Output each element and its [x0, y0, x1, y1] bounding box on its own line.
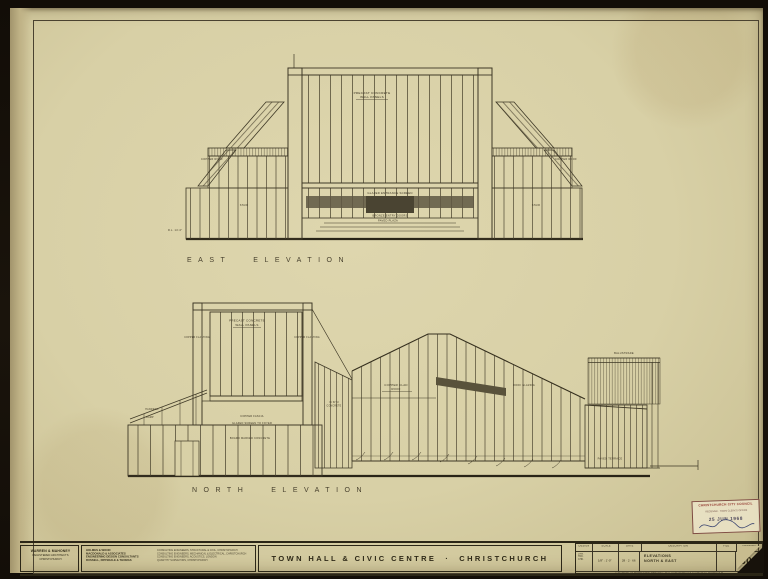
info-value-row: DRN. TRD. CHD. 1/8" : 1'-0" 28 · 2 · 66 …: [576, 552, 762, 571]
drawing-info-box: DESIGN SCALE DATE DESCRIPTION FILE DRAWI…: [575, 543, 763, 574]
header-file: FILE: [723, 545, 729, 547]
north-elevation-label: NORTHELEVATION: [192, 487, 368, 494]
architect-name: WARREN & MAHONEY: [21, 549, 79, 553]
copyright-row: COPYRIGHT OF WARREN AND MAHONEY · NOT TO…: [576, 571, 762, 574]
consultant-name: RUSSELL, DRYSDALE & THOMAS: [86, 559, 155, 562]
architect-role: REGISTERED ARCHITECTS: [21, 554, 79, 557]
east-elevation-label: EASTELEVATION: [187, 257, 350, 264]
title-block: WARREN & MAHONEY REGISTERED ARCHITECTS C…: [20, 541, 763, 576]
consultants-box: HOLMES & WOOD MACDONALD & ASSOCIATES ENG…: [81, 545, 256, 572]
scan-background: PRECAST CONCRETE WALL PANELS COPPER ROOF…: [0, 0, 768, 579]
council-received-stamp: CHRISTCHURCH CITY COUNCIL RECEIVED · TOW…: [691, 499, 760, 534]
project-title: TOWN HALL & CIVIC CENTRE: [272, 554, 437, 563]
sheet-border: [33, 20, 759, 574]
east-elevation-label-word2: ELEVATION: [253, 257, 350, 264]
consultant-role: QUANTITY SURVEYORS, CHRISTCHURCH: [157, 559, 254, 562]
info-header-row: DESIGN SCALE DATE DESCRIPTION FILE DRAWI…: [576, 544, 762, 552]
stamp-authority: CHRISTCHURCH CITY COUNCIL: [693, 502, 759, 508]
project-title-box: TOWN HALL & CIVIC CENTRE · CHRISTCHURCH: [258, 545, 562, 572]
file-cell: [717, 552, 737, 571]
date-value: 28 · 2 · 66: [622, 560, 636, 563]
description-line1: ELEVATIONS: [644, 554, 687, 559]
stamp-office: RECEIVED · TOWN CLERK'S OFFICE: [693, 509, 759, 514]
north-elevation-label-word2: ELEVATION: [271, 487, 368, 494]
header-scale: SCALE: [601, 545, 610, 547]
scale-value: 1/8" : 1'-0": [598, 560, 612, 563]
header-design: DESIGN: [579, 545, 590, 547]
signature-scribble: [697, 516, 755, 532]
corner-fold: [737, 546, 760, 569]
north-elevation-label-word1: NORTH: [192, 487, 249, 494]
architect-box: WARREN & MAHONEY REGISTERED ARCHITECTS C…: [20, 545, 79, 572]
binding-edge: [10, 8, 32, 573]
description-line2: NORTH & EAST: [644, 558, 687, 563]
project-city: CHRISTCHURCH: [459, 554, 548, 563]
header-description: DESCRIPTION: [669, 545, 689, 547]
title-separator: ·: [445, 554, 450, 563]
design-row: CHD.: [578, 558, 584, 561]
header-date: DATE: [626, 545, 633, 547]
architect-city: CHRISTCHURCH: [21, 558, 79, 561]
east-elevation-label-word1: EAST: [187, 257, 231, 264]
